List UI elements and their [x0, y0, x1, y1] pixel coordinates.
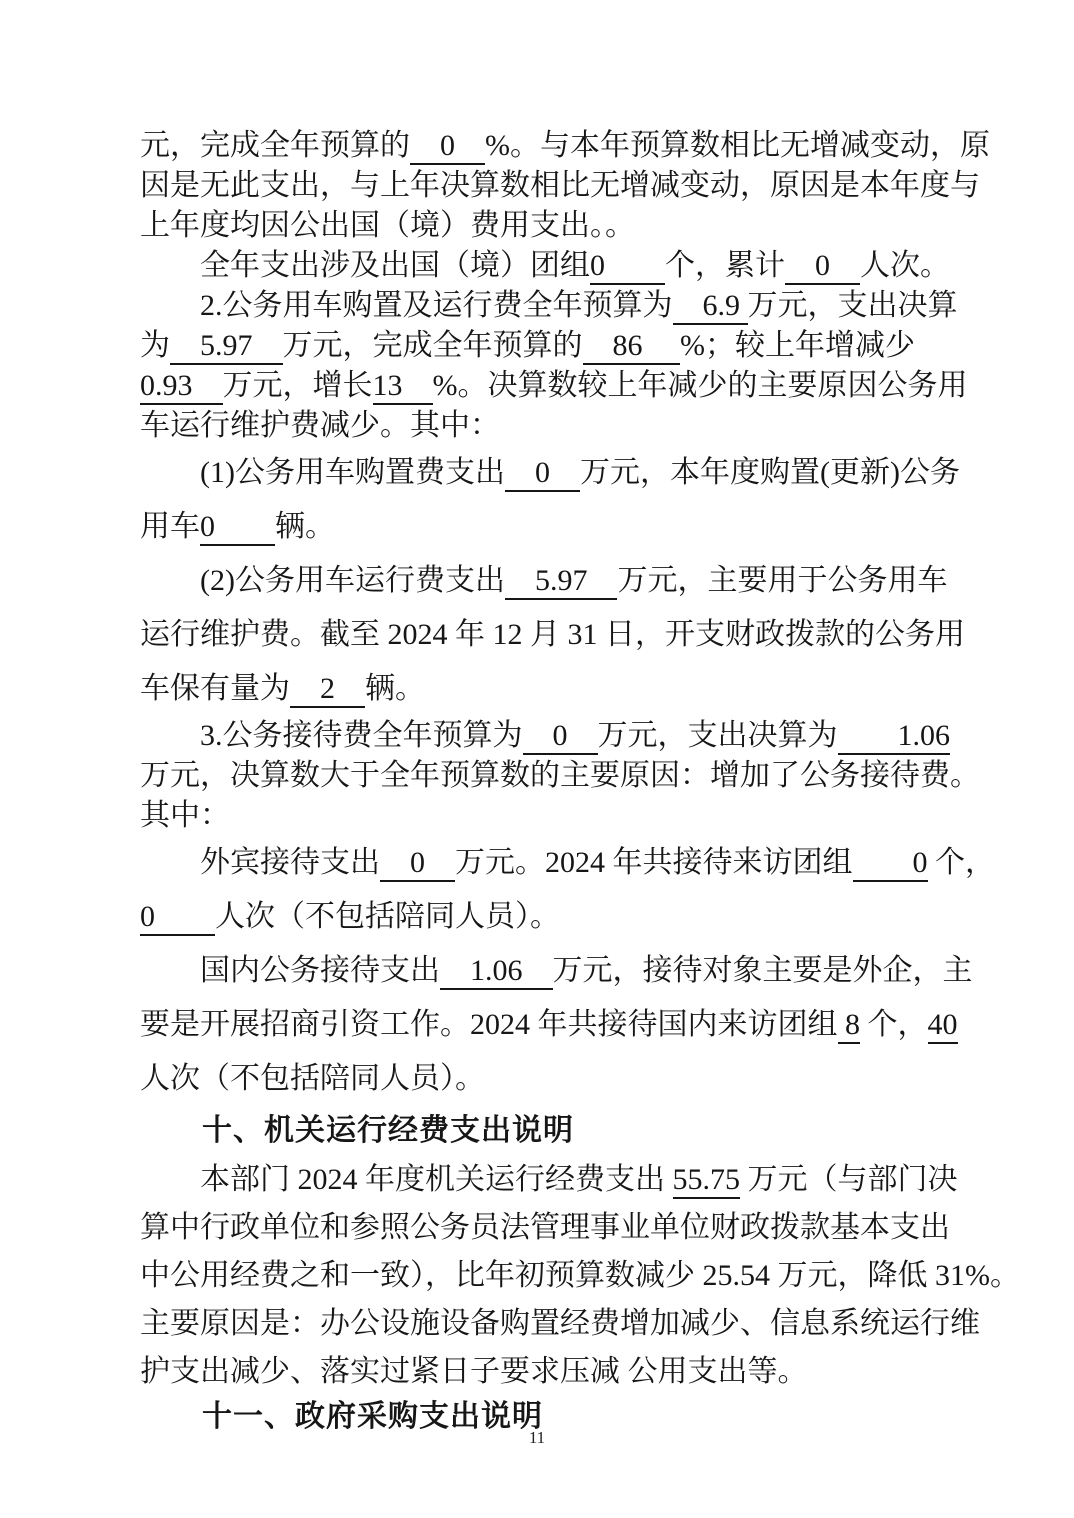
- document-line: 3.公务接待费全年预算为 0 万元，支出决算为 1.06: [140, 716, 958, 756]
- document-body: 元，完成全年预算的 0 %。与本年预算数相比无增减变动，原因是无此支出，与上年决…: [140, 126, 958, 1438]
- text-segment: 因是无此支出，与上年决算数相比无增减变动，原因是本年度与: [140, 169, 980, 202]
- text-segment: 上年度均因公出国（境）费用支出。。: [140, 209, 635, 242]
- text-segment: 人次。: [860, 249, 950, 282]
- document-line: 车运行维护费减少。其中：: [140, 406, 958, 446]
- document-line: 人次（不包括陪同人员）。: [140, 1052, 958, 1106]
- underlined-value: 0: [590, 249, 665, 285]
- text-segment: 万元。2024 年共接待来访团组: [455, 846, 853, 879]
- text-segment: 万元（与部门决: [740, 1163, 958, 1196]
- text-segment: 车运行维护费减少。其中：: [140, 409, 500, 442]
- text-segment: 元，完成全年预算的: [140, 129, 410, 162]
- document-line: 主要原因是：办公设施设备购置经费增加减少、信息系统运行维: [140, 1300, 958, 1348]
- underlined-value: 13: [373, 369, 433, 405]
- document-line: 0 人次（不包括陪同人员）。: [140, 890, 958, 944]
- text-segment: 其中：: [140, 799, 230, 832]
- text-segment: 个，: [860, 1008, 928, 1041]
- text-segment: 本部门 2024 年度机关运行经费支出: [140, 1163, 673, 1196]
- text-segment: 万元，接待对象主要是外企，主: [553, 954, 973, 987]
- text-segment: 要是开展招商引资工作。2024 年共接待国内来访团组: [140, 1008, 838, 1041]
- text-segment: 护支出减少、落实过紧日子要求压减 公用支出等。: [140, 1355, 808, 1388]
- text-segment: 万元，本年度购置(更新)公务: [580, 456, 960, 489]
- document-line: 本部门 2024 年度机关运行经费支出 55.75 万元（与部门决: [140, 1156, 958, 1204]
- underlined-value: 0: [200, 510, 275, 546]
- document-line: 上年度均因公出国（境）费用支出。。: [140, 206, 958, 246]
- text-segment: 全年支出涉及出国（境）团组: [140, 249, 590, 282]
- section-heading: 十、机关运行经费支出说明: [140, 1106, 958, 1156]
- underlined-value: 6.9: [673, 289, 748, 325]
- text-segment: (1)公务用车购置费支出: [140, 456, 505, 489]
- document-line: 外宾接待支出 0 万元。2024 年共接待来访团组 0 个，: [140, 836, 958, 890]
- text-segment: 运行维护费。截至 2024 年 12 月 31 日，开支财政拨款的公务用: [140, 618, 965, 651]
- text-segment: 外宾接待支出: [140, 846, 380, 879]
- text-segment: %。与本年预算数相比无增减变动，原: [485, 129, 990, 162]
- underlined-value: 1.06: [440, 954, 553, 990]
- text-segment: %。决算数较上年减少的主要原因公务用: [433, 369, 968, 402]
- document-line: 算中行政单位和参照公务员法管理事业单位财政拨款基本支出: [140, 1204, 958, 1252]
- text-segment: 中公用经费之和一致），比年初预算数减少 25.54 万元，降低 31%。: [140, 1259, 1020, 1292]
- text-segment: %；较上年增减少: [680, 329, 915, 362]
- document-line: 0.93 万元，增长13 %。决算数较上年减少的主要原因公务用: [140, 366, 958, 406]
- text-segment: 十、机关运行经费支出说明: [140, 1114, 574, 1147]
- underlined-value: 86: [583, 329, 681, 365]
- text-segment: 个，: [928, 846, 996, 879]
- document-line: 要是开展招商引资工作。2024 年共接待国内来访团组 8 个，40: [140, 998, 958, 1052]
- text-segment: (2)公务用车运行费支出: [140, 564, 505, 597]
- document-line: 中公用经费之和一致），比年初预算数减少 25.54 万元，降低 31%。: [140, 1252, 958, 1300]
- document-line: 护支出减少、落实过紧日子要求压减 公用支出等。: [140, 1348, 958, 1396]
- document-line: 运行维护费。截至 2024 年 12 月 31 日，开支财政拨款的公务用: [140, 608, 958, 662]
- text-segment: 万元，决算数大于全年预算数的主要原因：增加了公务接待费。: [140, 759, 980, 792]
- underlined-value: 1.06: [838, 719, 951, 755]
- underlined-value: 0: [853, 846, 928, 882]
- text-segment: 万元，增长: [223, 369, 373, 402]
- underlined-value: 0.93: [140, 369, 223, 405]
- underlined-value: 0: [523, 719, 598, 755]
- underlined-value: 2: [290, 672, 365, 708]
- page-number: 11: [0, 1428, 1074, 1448]
- text-segment: 为: [140, 329, 170, 362]
- underlined-value: 0: [505, 456, 580, 492]
- text-segment: 车保有量为: [140, 672, 290, 705]
- text-segment: 辆。: [365, 672, 425, 705]
- document-line: 2.公务用车购置及运行费全年预算为 6.9 万元，支出决算: [140, 286, 958, 326]
- document-line: 因是无此支出，与上年决算数相比无增减变动，原因是本年度与: [140, 166, 958, 206]
- underlined-value: 0: [380, 846, 455, 882]
- underlined-value: 8: [838, 1008, 861, 1044]
- document-line: 车保有量为 2 辆。: [140, 662, 958, 716]
- text-segment: 辆。: [275, 510, 335, 543]
- text-segment: 万元，完成全年预算的: [283, 329, 583, 362]
- text-segment: 万元，主要用于公务用车: [617, 564, 947, 597]
- document-line: 元，完成全年预算的 0 %。与本年预算数相比无增减变动，原: [140, 126, 958, 166]
- text-segment: 国内公务接待支出: [140, 954, 440, 987]
- document-line: (1)公务用车购置费支出 0 万元，本年度购置(更新)公务: [140, 446, 958, 500]
- underlined-value: 5.97: [505, 564, 618, 600]
- text-segment: 个，累计: [665, 249, 785, 282]
- text-segment: 人次（不包括陪同人员）。: [140, 1062, 485, 1095]
- text-segment: 3.公务接待费全年预算为: [140, 719, 523, 752]
- underlined-value: 5.97: [170, 329, 283, 365]
- underlined-value: 55.75: [673, 1163, 741, 1199]
- text-segment: 2.公务用车购置及运行费全年预算为: [140, 289, 673, 322]
- text-segment: 万元，支出决算: [748, 289, 958, 322]
- underlined-value: 0: [785, 249, 860, 285]
- document-line: 为 5.97 万元，完成全年预算的 86 %；较上年增减少: [140, 326, 958, 366]
- document-line: (2)公务用车运行费支出 5.97 万元，主要用于公务用车: [140, 554, 958, 608]
- document-line: 全年支出涉及出国（境）团组0 个，累计 0 人次。: [140, 246, 958, 286]
- text-segment: 用车: [140, 510, 200, 543]
- underlined-value: 40: [928, 1008, 958, 1044]
- text-segment: 人次（不包括陪同人员）。: [215, 900, 560, 933]
- underlined-value: 0: [410, 129, 485, 165]
- text-segment: 主要原因是：办公设施设备购置经费增加减少、信息系统运行维: [140, 1307, 980, 1340]
- text-segment: 算中行政单位和参照公务员法管理事业单位财政拨款基本支出: [140, 1211, 950, 1244]
- document-line: 用车0 辆。: [140, 500, 958, 554]
- underlined-value: 0: [140, 900, 215, 936]
- document-line: 其中：: [140, 796, 958, 836]
- text-segment: 万元，支出决算为: [598, 719, 838, 752]
- document-line: 万元，决算数大于全年预算数的主要原因：增加了公务接待费。: [140, 756, 958, 796]
- document-line: 国内公务接待支出 1.06 万元，接待对象主要是外企，主: [140, 944, 958, 998]
- document-page: 元，完成全年预算的 0 %。与本年预算数相比无增减变动，原因是无此支出，与上年决…: [0, 0, 1074, 1518]
